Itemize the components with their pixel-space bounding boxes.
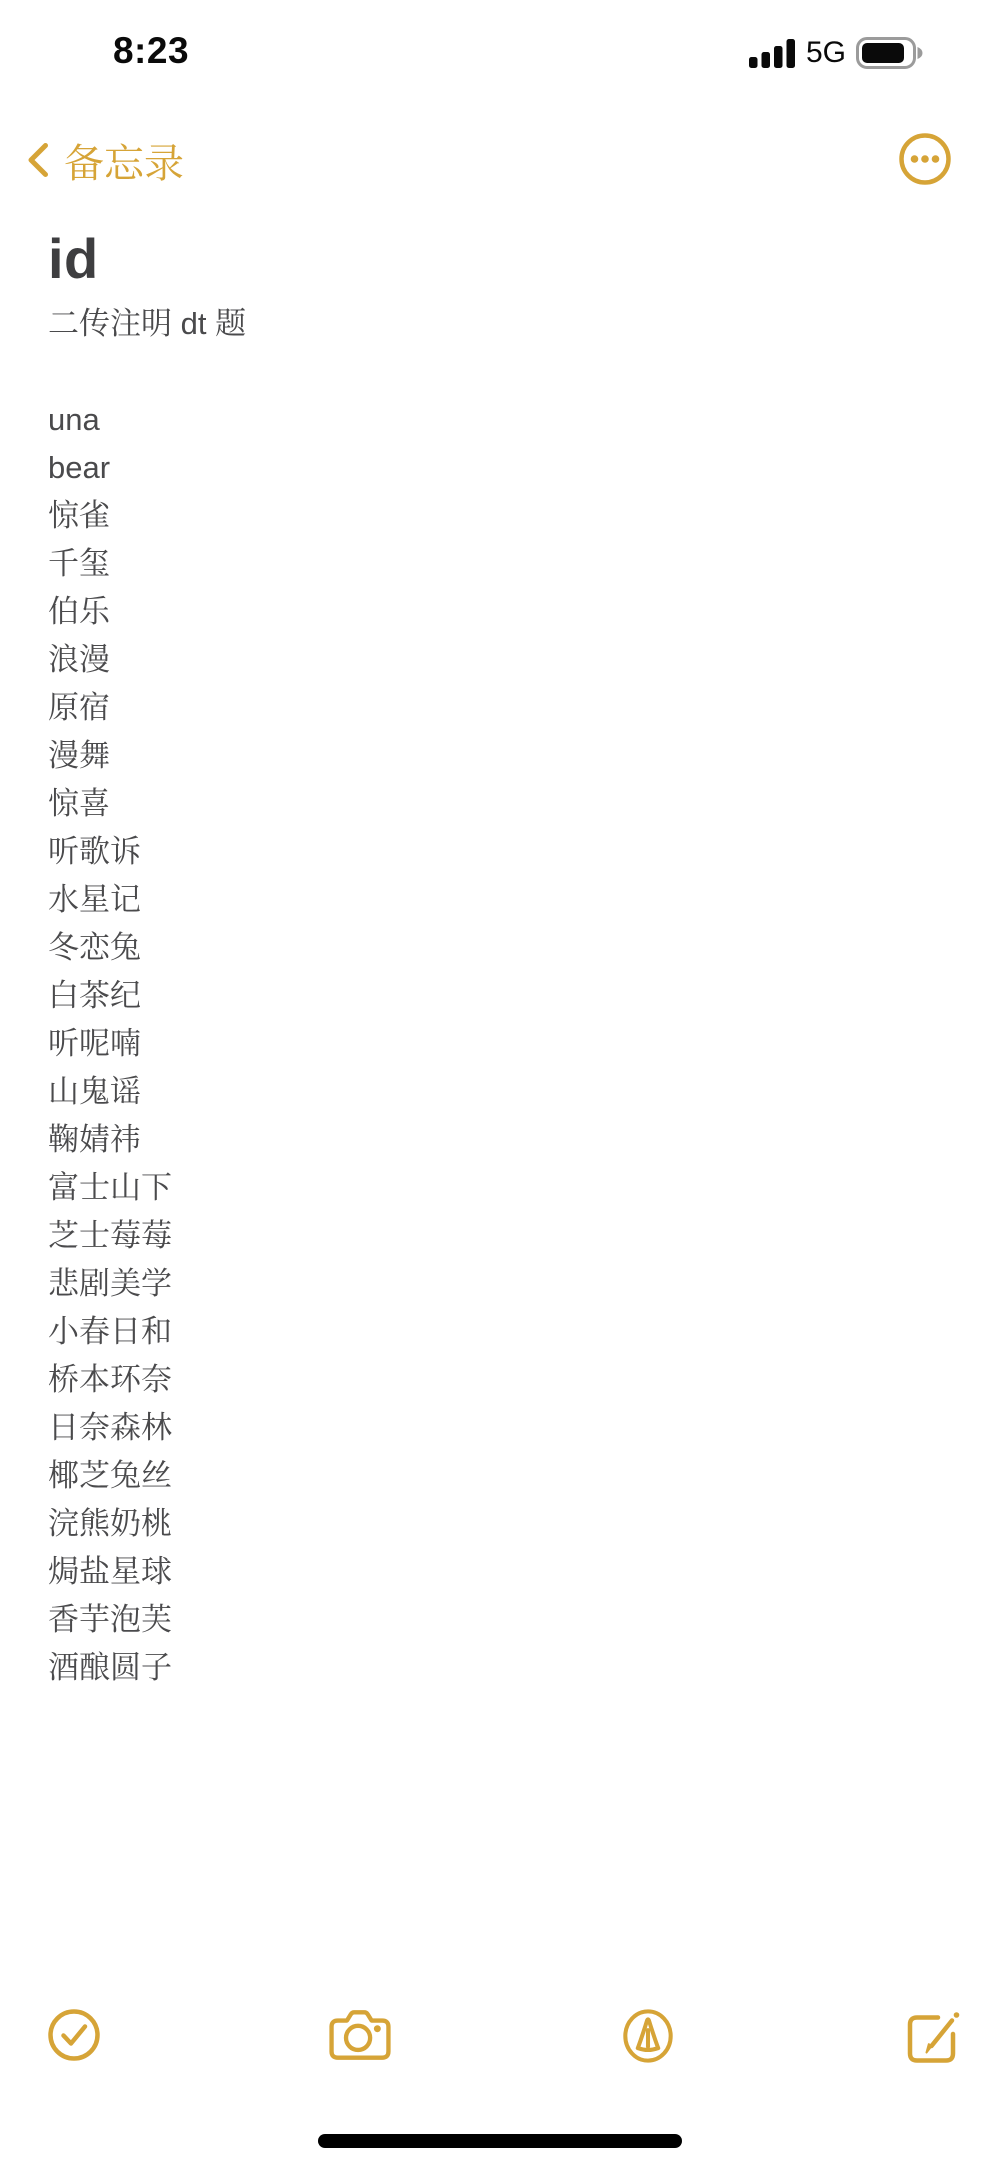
note-line[interactable]: 富士山下 [48, 1164, 952, 1212]
note-line[interactable]: 冬恋兔 [48, 924, 952, 972]
note-line[interactable]: 白茶纪 [48, 972, 952, 1020]
note-line[interactable]: 悲剧美学 [48, 1260, 952, 1308]
note-line[interactable]: 焗盐星球 [48, 1548, 952, 1596]
note-body[interactable]: 二传注明 dt 题 una bear 惊雀 千玺 伯乐 浪漫 原宿 [48, 300, 952, 1692]
nav-bar: 备忘录 [0, 128, 1000, 192]
note-line[interactable]: 香芋泡芙 [48, 1596, 952, 1644]
note-line[interactable]: una [48, 396, 952, 444]
note-line[interactable]: 桥本环奈 [48, 1356, 952, 1404]
bottom-toolbar [0, 2000, 1000, 2080]
note-line[interactable]: 惊喜 [48, 780, 952, 828]
status-time: 8:23 [96, 30, 206, 72]
note-line[interactable]: 椰芝兔丝 [48, 1452, 952, 1500]
cellular-signal-icon [749, 38, 796, 68]
note-line[interactable]: bear [48, 444, 952, 492]
markup-pen-icon [620, 2008, 676, 2064]
note-subtitle[interactable]: 二传注明 dt 题 [48, 300, 952, 348]
note-line[interactable]: 芝士莓莓 [48, 1212, 952, 1260]
compose-note-button[interactable] [902, 2008, 962, 2068]
note-title[interactable]: id [48, 230, 952, 288]
checklist-button[interactable] [47, 2008, 101, 2062]
network-type-label: 5G [806, 36, 846, 70]
back-button[interactable]: 备忘录 [26, 128, 184, 192]
back-button-label: 备忘录 [64, 132, 184, 189]
note-line[interactable]: 浪漫 [48, 636, 952, 684]
note-line[interactable]: 浣熊奶桃 [48, 1500, 952, 1548]
note-line[interactable]: 小春日和 [48, 1308, 952, 1356]
note-line[interactable]: 听歌诉 [48, 828, 952, 876]
camera-button[interactable] [327, 2008, 393, 2062]
note-line[interactable]: 伯乐 [48, 588, 952, 636]
note-line[interactable]: 原宿 [48, 684, 952, 732]
note-content[interactable]: id 二传注明 dt 题 una bear 惊雀 千玺 伯乐 浪漫 [48, 230, 952, 1692]
battery-icon [856, 36, 924, 70]
note-line[interactable]: 千玺 [48, 540, 952, 588]
note-line[interactable]: 水星记 [48, 876, 952, 924]
camera-icon [327, 2008, 393, 2062]
ellipsis-circle-icon [898, 132, 952, 186]
more-options-button[interactable] [898, 132, 952, 186]
status-icons: 5G [749, 36, 924, 70]
note-line[interactable]: 惊雀 [48, 492, 952, 540]
checklist-icon [47, 2008, 101, 2062]
note-blank-line[interactable] [48, 348, 952, 396]
notes-app-screen: 8:23 5G [0, 0, 1000, 2164]
note-line[interactable]: 听呢喃 [48, 1020, 952, 1068]
note-line[interactable]: 鞠婧祎 [48, 1116, 952, 1164]
note-id-list[interactable]: una bear 惊雀 千玺 伯乐 浪漫 原宿 漫舞 惊喜 [48, 396, 952, 1692]
note-line[interactable]: 酒酿圆子 [48, 1644, 952, 1692]
markup-button[interactable] [620, 2008, 676, 2064]
note-line[interactable]: 漫舞 [48, 732, 952, 780]
chevron-left-icon [26, 142, 50, 178]
home-indicator[interactable] [318, 2134, 682, 2148]
note-line[interactable]: 山鬼谣 [48, 1068, 952, 1116]
note-line[interactable]: 日奈森林 [48, 1404, 952, 1452]
status-bar: 8:23 5G [0, 0, 1000, 92]
compose-icon [902, 2008, 962, 2068]
